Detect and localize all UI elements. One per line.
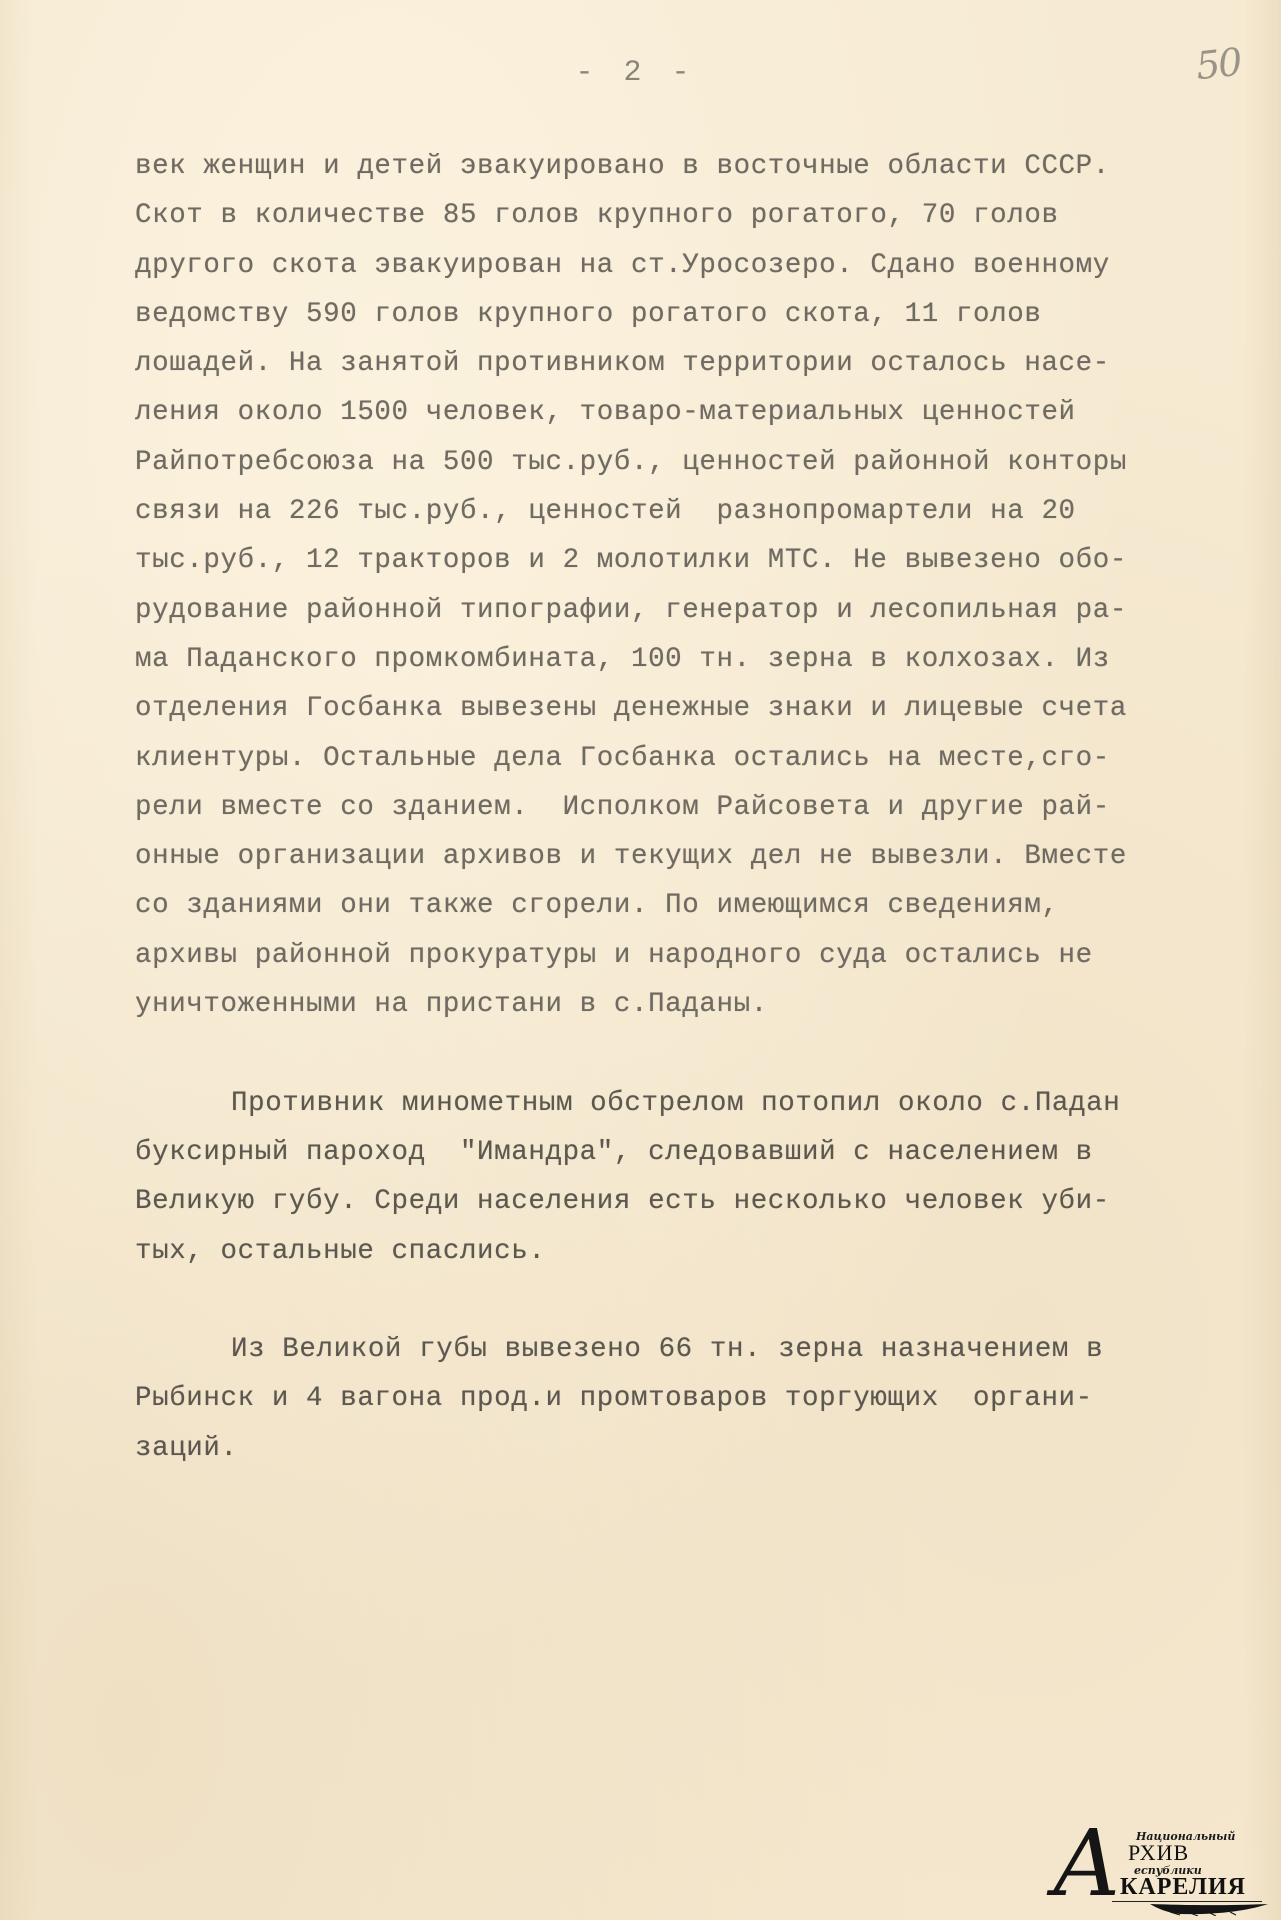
text-line: ведомству 590 голов крупного рогатого ск… <box>135 294 1275 343</box>
handwritten-folio-number: 50 <box>1194 40 1243 88</box>
text-line: онные организации архивов и текущих дел … <box>135 836 1275 885</box>
blank-line <box>135 1033 1275 1082</box>
text-line: рудование районной типографии, генератор… <box>135 590 1275 639</box>
document-page: - 2 - 50 век женщин и детей эвакуировано… <box>0 0 1281 1920</box>
blank-line <box>135 1280 1275 1329</box>
text-line: отделения Госбанка вывезены денежные зна… <box>135 688 1275 737</box>
text-line: ма Паданского промкомбината, 100 тн. зер… <box>135 639 1275 688</box>
text-line: Скот в количестве 85 голов крупного рога… <box>135 195 1275 244</box>
text-line: ления около 1500 человек, товаро-материа… <box>135 392 1275 441</box>
text-line: архивы районной прокуратуры и народного … <box>135 935 1275 984</box>
text-line: буксирный пароход "Имандра", следовавший… <box>135 1132 1275 1181</box>
text-line: заций. <box>135 1428 1275 1477</box>
text-line: Из Великой губы вывезено 66 тн. зерна на… <box>135 1329 1275 1378</box>
text-line: другого скота эвакуирован на ст.Уросозер… <box>135 245 1275 294</box>
text-line: тых, остальные спаслись. <box>135 1231 1275 1280</box>
archive-stamp-initial: А <box>1052 1818 1122 1910</box>
text-line: со зданиями они также сгорели. По имеющи… <box>135 885 1275 934</box>
page-number: - 2 - <box>0 56 1281 90</box>
text-line: Рыбинск и 4 вагона прод.и промтоваров то… <box>135 1378 1275 1427</box>
text-line: Великую губу. Среди населения есть неско… <box>135 1181 1275 1230</box>
text-line: Противник минометным обстрелом потопил о… <box>135 1083 1275 1132</box>
text-line: век женщин и детей эвакуировано в восточ… <box>135 146 1275 195</box>
text-line: связи на 226 тыс.руб., ценностей разнопр… <box>135 491 1275 540</box>
quill-feather-icon <box>1150 1902 1270 1916</box>
text-line: рели вместе со зданием. Исполком Райсове… <box>135 787 1275 836</box>
typewritten-body-text: век женщин и детей эвакуировано в восточ… <box>135 146 1275 1477</box>
text-line: лошадей. На занятой противником территор… <box>135 343 1275 392</box>
text-line: Райпотребсоюза на 500 тыс.руб., ценносте… <box>135 442 1275 491</box>
archive-stamp-logo: А Национальный РХИВ еспублики КАРЕЛИЯ <box>1050 1818 1275 1916</box>
archive-stamp-line-archive: РХИВ <box>1128 1840 1189 1866</box>
archive-stamp-line-karelia: КАРЕЛИЯ <box>1120 1874 1246 1901</box>
text-line: уничтоженными на пристани в с.Паданы. <box>135 984 1275 1033</box>
text-line: тыс.руб., 12 тракторов и 2 молотилки МТС… <box>135 540 1275 589</box>
text-line: клиентуры. Остальные дела Госбанка остал… <box>135 738 1275 787</box>
